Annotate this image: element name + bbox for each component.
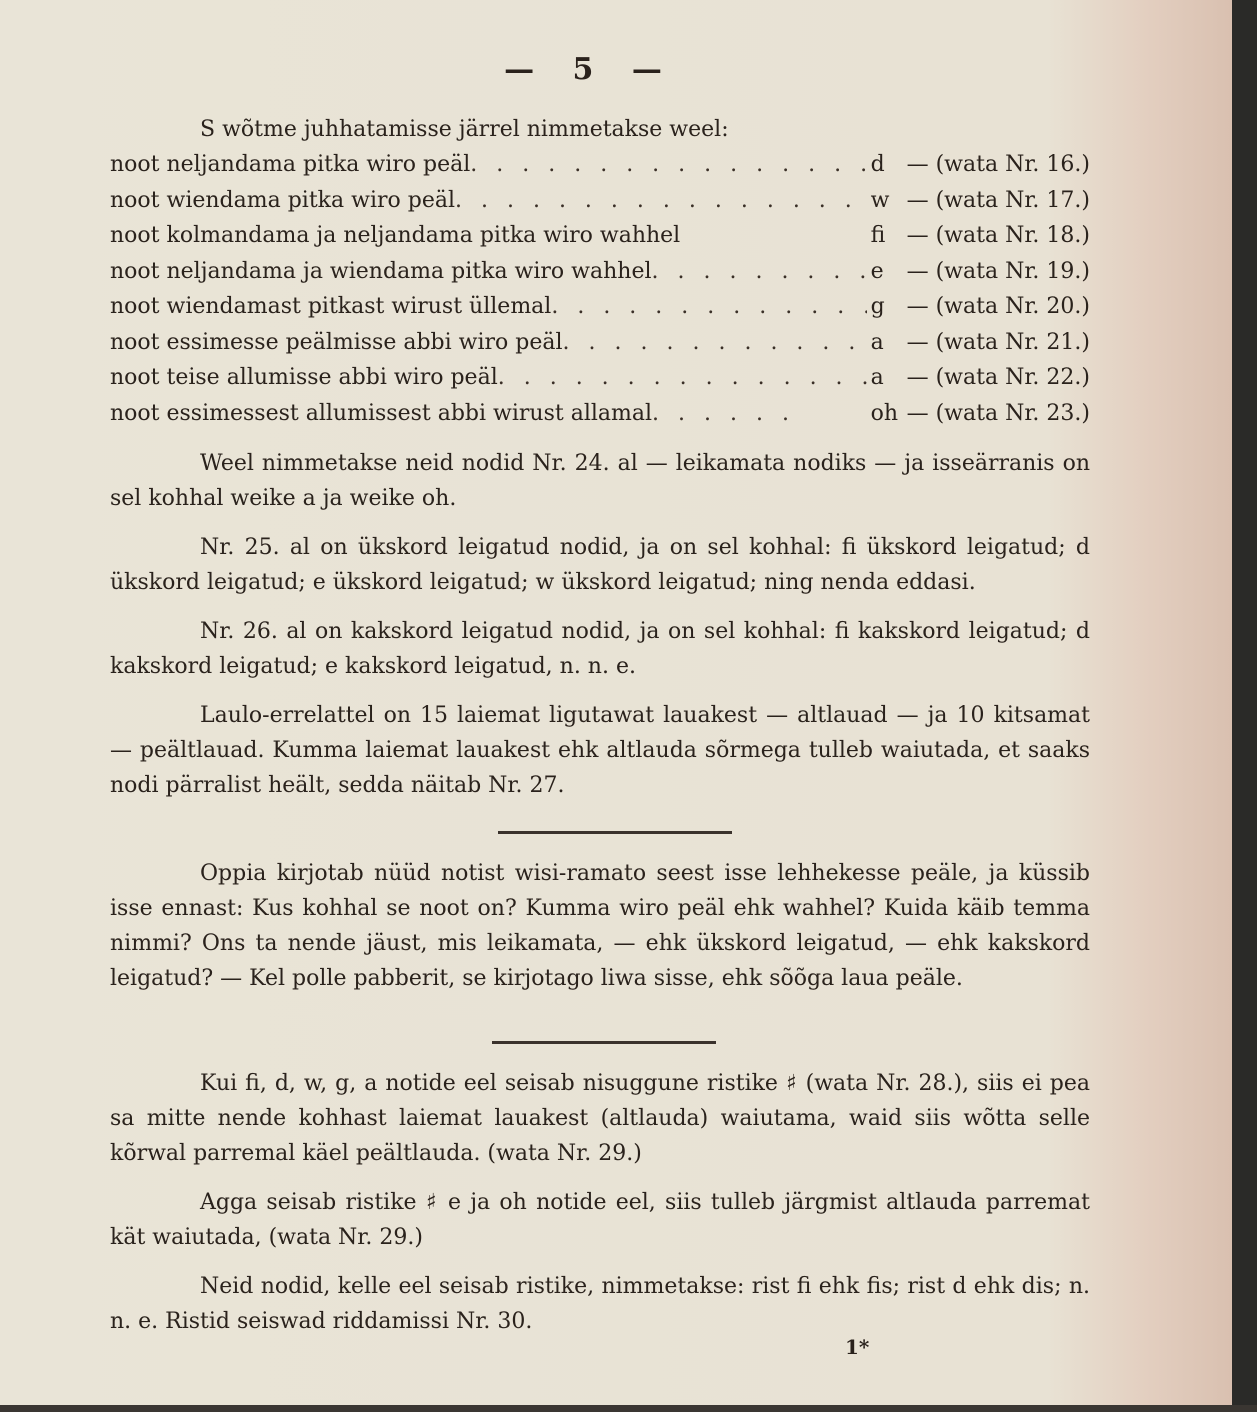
note-description: noot wiendamast pitkast wirust üllemal bbox=[110, 289, 551, 324]
figure-reference: — (wata Nr. 16.) bbox=[907, 147, 1090, 182]
body-section-2: Oppia kirjotab nüüd notist wisi-ramato s… bbox=[110, 856, 1090, 996]
note-letter: d bbox=[867, 147, 907, 182]
paragraph: Oppia kirjotab nüüd notist wisi-ramato s… bbox=[110, 856, 1090, 996]
note-letter: w bbox=[867, 183, 907, 218]
notes-list: noot neljandama pitka wiro peäl . . . . … bbox=[110, 147, 1090, 431]
notes-list-item: noot essimesse peälmisse abbi wiro peäl … bbox=[110, 325, 1090, 361]
leader-dots: . . . . . . . . . . . . . . . . . . . . … bbox=[455, 183, 867, 218]
leader-dots: . . . . . . . . . . . . . . . . . . . . … bbox=[498, 360, 867, 395]
page-bottom-edge bbox=[0, 1405, 1257, 1412]
page-number-header: — 5 — bbox=[0, 52, 1180, 87]
figure-reference: — (wata Nr. 23.) bbox=[907, 396, 1090, 431]
note-description: noot kolmandama ja neljandama pitka wiro… bbox=[110, 218, 680, 253]
note-description: noot neljandama pitka wiro peäl bbox=[110, 147, 470, 182]
note-letter: g bbox=[867, 289, 907, 324]
notes-list-item: noot neljandama pitka wiro peäl . . . . … bbox=[110, 147, 1090, 183]
book-spine-shadow bbox=[1232, 0, 1257, 1412]
paragraph: Agga seisab ristike ♯ e ja oh notide eel… bbox=[110, 1185, 1090, 1255]
printer-signature-mark: 1* bbox=[845, 1335, 869, 1359]
note-description: noot neljandama ja wiendama pitka wiro w… bbox=[110, 254, 652, 289]
figure-reference: — (wata Nr. 19.) bbox=[907, 254, 1090, 289]
paragraph: Neid nodid, kelle eel seisab ristike, ni… bbox=[110, 1269, 1090, 1339]
section-divider bbox=[498, 831, 732, 834]
figure-reference: — (wata Nr. 21.) bbox=[907, 325, 1090, 360]
notes-list-item: noot teise allumisse abbi wiro peäl . . … bbox=[110, 360, 1090, 396]
notes-list-item: noot kolmandama ja neljandama pitka wiro… bbox=[110, 218, 1090, 254]
leader-dots: . . . . . . . . . . bbox=[652, 254, 867, 289]
note-letter: e bbox=[867, 254, 907, 289]
paragraph: Nr. 25. al on ükskord leigatud nodid, ja… bbox=[110, 530, 1090, 600]
figure-reference: — (wata Nr. 17.) bbox=[907, 183, 1090, 218]
leader-dots: . . . . . . bbox=[652, 396, 867, 431]
note-letter: fi bbox=[867, 218, 907, 253]
notes-section: S wõtme juhhatamisse järrel nimmetakse w… bbox=[110, 112, 1090, 431]
notes-list-item: noot wiendamast pitkast wirust üllemal .… bbox=[110, 289, 1090, 325]
notes-list-item: noot neljandama ja wiendama pitka wiro w… bbox=[110, 254, 1090, 290]
figure-reference: — (wata Nr. 20.) bbox=[907, 289, 1090, 324]
note-description: noot essimessest allumissest abbi wirust… bbox=[110, 396, 652, 431]
body-section-3: Kui fi, d, w, g, a notide eel seisab nis… bbox=[110, 1066, 1090, 1339]
book-page: — 5 — S wõtme juhhatamisse järrel nimmet… bbox=[0, 0, 1232, 1405]
paragraph: Nr. 26. al on kakskord leigatud nodid, j… bbox=[110, 614, 1090, 684]
body-section-1: Weel nimmetakse neid nodid Nr. 24. al — … bbox=[110, 446, 1090, 803]
leader-dots: . . . . . . . . . . . . . . . . . . . . … bbox=[563, 325, 867, 360]
note-description: noot teise allumisse abbi wiro peäl bbox=[110, 360, 498, 395]
note-letter: a bbox=[867, 360, 907, 395]
note-description: noot wiendama pitka wiro peäl bbox=[110, 183, 455, 218]
notes-list-item: noot wiendama pitka wiro peäl . . . . . … bbox=[110, 183, 1090, 219]
intro-line: S wõtme juhhatamisse järrel nimmetakse w… bbox=[110, 112, 1090, 147]
figure-reference: — (wata Nr. 22.) bbox=[907, 360, 1090, 395]
note-description: noot essimesse peälmisse abbi wiro peäl bbox=[110, 325, 563, 360]
section-divider bbox=[492, 1041, 716, 1044]
notes-list-item: noot essimessest allumissest abbi wirust… bbox=[110, 396, 1090, 432]
leader-dots: . . . . . . . . . . . . . . . . . . . . … bbox=[551, 289, 866, 324]
note-letter: oh bbox=[867, 396, 907, 431]
paragraph: Weel nimmetakse neid nodid Nr. 24. al — … bbox=[110, 446, 1090, 516]
paragraph: Laulo-errelattel on 15 laiemat ligutawat… bbox=[110, 698, 1090, 803]
leader-dots: . . . . . . . . . . . . . . . . . . . . … bbox=[470, 147, 866, 182]
paragraph: Kui fi, d, w, g, a notide eel seisab nis… bbox=[110, 1066, 1090, 1171]
figure-reference: — (wata Nr. 18.) bbox=[907, 218, 1090, 253]
note-letter: a bbox=[867, 325, 907, 360]
